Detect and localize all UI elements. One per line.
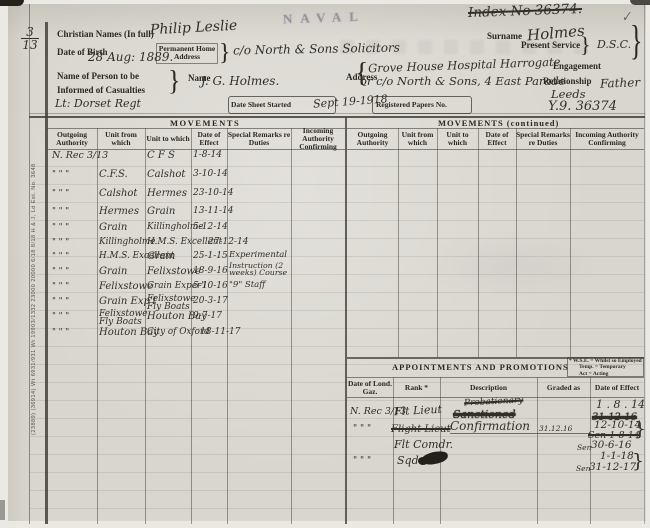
confirmation-underline [450,433,590,434]
unit-to: Grain [147,206,175,217]
left-col-head-date: Date of Effect [191,129,227,149]
relationship-value: Father [600,75,641,90]
left-col-head-to: Unit to which [145,129,191,149]
sheet-number-fraction: 3 13 [21,26,39,52]
card-stub-line [29,4,30,524]
movement-row: " " " Grain Killingholme 5-12-14 [50,222,350,238]
right-col-head-date: Date of Effect [478,129,516,149]
movement-row: " " " Calshot Hermes 23-10-14 [50,188,350,204]
right-table-headrow-bottom [347,149,644,150]
appt-col-head-date: Date of Effect [590,378,644,398]
left-col-head-outgoing: Outgoing Authority [47,129,97,149]
date-of-effect: 23-10-14 [193,188,233,198]
movement-row: " " " H.M.S. Excellent Grain 25-1-15 Exp… [50,251,350,267]
outgoing-authority: N. Rec 3/13 [52,150,108,161]
unit-from: Felixstowe Fly Boats [99,311,145,327]
special-remarks: Instruction (2 weeks) Course [229,262,291,277]
date-of-effect: 1-8-14 [193,150,222,160]
date-of-effect: 13-11-14 [193,206,233,216]
printer-imprint: (23889) (36914) Wt 6931/931 Wt 19903/133… [31,225,43,435]
date-of-effect: 20-3-17 [193,296,228,306]
ditto-marks: " " " [52,222,69,232]
left-col-head-incoming: Incoming Authority Confirming [291,129,345,149]
unit-from: Calshot [99,188,137,199]
appt-rank-struck: Flight Lieut [391,424,451,435]
appt-date-prefix: Sen [577,443,591,452]
appt-col-head-rank: Rank * [393,378,440,398]
appt-col-head-gaz: Date of Lond. Gaz. [347,378,393,398]
appt-graded-as: 31.12.16 [539,424,572,433]
special-remarks: "9" Staff [229,281,291,289]
home-address-brace: } [219,40,231,67]
scan-border-right [646,0,650,528]
appt-rank: Flt Lieut [394,403,443,418]
right-col-line-3 [478,128,479,357]
ditto-marks: " " " [52,188,69,198]
unit-to: Hermes [147,188,187,199]
card-right-edge-line [644,4,645,524]
movement-row: " " " Felixstowe Fly Boats Houton Bay 9-… [50,311,350,327]
casualties-brace: } [168,65,180,98]
appt-date2-effect: 31-12-17 [589,461,636,473]
ditto-marks: " " " [52,311,69,321]
right-edge-brace: } [630,17,642,65]
scan-border-left [0,0,8,528]
card-heavy-left-rule [45,22,48,524]
right-col-line-5 [570,128,571,357]
right-col-line-4 [516,128,517,357]
person-address-line2: or c/o North & Sons, 4 East Parade [360,74,565,88]
scan-corner-mark [630,0,650,5]
appt-gaz-ditto: " " " [353,456,371,466]
casualties-label-line2: Informed of Casualties [57,85,145,95]
casualties-label-line1: Name of Person to be [57,71,139,81]
right-col-head-incoming: Incoming Authority Confirming [570,129,644,149]
date-of-effect: 25-1-15 [193,251,228,261]
present-service-value: D.S.C. [597,38,631,51]
ink-blot [418,457,428,465]
date-of-effect: 5-12-14 [193,222,228,232]
naval-stamp: NAVAL [283,9,366,28]
christian-names-label: Christian Names (In full) [57,29,154,39]
special-remarks: Experimental [229,251,291,259]
unit-to: Calshot [147,169,185,180]
date-of-effect: 27-12-14 [208,237,248,247]
date-group-brace: } [632,450,644,472]
wse-note-line3: Act = Acting [569,371,643,377]
date-of-effect: 18-9-16 [193,266,228,276]
unit-from: C.F.S. [99,169,128,180]
unit-to: Grain [147,251,175,262]
date-of-effect: 5-10-16 [193,281,228,291]
wse-note: * W.S.E. = Whilst so Employed Temp. = Te… [569,358,643,377]
ditto-marks: " " " [52,266,69,276]
person-name-value: J. G. Holmes. [201,74,279,88]
movement-row: " " " Grain Exp'l Felixstowe Fly Boats 2… [50,296,350,312]
scan-edge-mark [0,500,5,520]
movements-title: MOVEMENTS [170,118,240,128]
unit-from: Felixstowe [99,281,153,292]
date-of-effect: 9-7-17 [193,311,222,321]
sheet-number-denominator: 13 [21,39,39,52]
movement-row: " " " Hermes Grain 13-11-14 [50,206,350,222]
registered-papers-value: Y.9. 36374 [548,99,617,114]
date-sheet-label: Date Sheet Started [231,101,291,109]
ditto-marks: " " " [52,169,69,179]
movement-row: " " " Houton Bay City of Oxford 18-11-17 [50,327,350,343]
unit-from: Hermes [99,206,139,217]
dob-value: 28 Aug: 1889. [88,50,173,64]
unit-to: C F S [147,150,175,161]
right-col-head-outgoing: Outgoing Authority [347,129,398,149]
ditto-marks: " " " [52,251,69,261]
right-col-head-to: Unit to which [437,129,478,149]
ditto-marks: " " " [52,296,69,306]
left-col-head-from: Unit from which [97,129,145,149]
right-col-line-2 [437,128,438,357]
ditto-marks: " " " [52,237,69,247]
appt-col-line-3 [537,377,538,524]
movement-row: " " " Grain Felixstowe 18-9-16 Instructi… [50,266,350,282]
ditto-marks: " " " [52,327,69,337]
prior-unit-note: Lt: Dorset Regt [55,97,141,110]
unit-to: Felixstowe Fly Boats [147,296,193,312]
date-group-brace: } [634,418,646,440]
appt-col-head-graded: Graded as [537,378,590,398]
movement-row: " " " Felixstowe Grain Exper'l 5-10-16 "… [50,281,350,297]
service-record-card-scan: 3 13 Index No 36374. ✓ NAVAL Christian N… [0,0,650,528]
movements-continued-title: MOVEMENTS (continued) [438,118,559,128]
right-col-line-1 [398,128,399,357]
appt-description-confirmation: Confirmation [450,419,530,433]
unit-from: Grain [99,222,127,233]
movement-row: N. Rec 3/13 C F S 1-8-14 [50,150,350,166]
unit-from: Grain [99,266,127,277]
home-address-value: c/o North & Sons Solicitors [233,41,400,58]
appointments-title: APPOINTMENTS AND PROMOTIONS [392,362,569,372]
left-col-head-remarks: Special Remarks re Duties [227,129,291,149]
appt-gaz-ditto: " " " [353,424,371,434]
date-of-effect: 3-10-14 [193,169,228,179]
movement-row: " " " C.F.S. Calshot 3-10-14 [50,169,350,185]
right-col-head-from: Unit from which [398,129,437,149]
appt-date-effect: 1 . 8 . 14 [596,398,645,411]
ditto-marks: " " " [52,281,69,291]
surname-label: Surname [487,31,522,41]
date-of-effect: 18-11-17 [200,327,240,337]
appt-rank: Flt Comdr. [394,438,453,451]
right-col-head-remarks: Special Remarks re Duties [516,129,570,149]
ditto-marks: " " " [52,206,69,216]
scan-corner-mark [0,0,24,6]
